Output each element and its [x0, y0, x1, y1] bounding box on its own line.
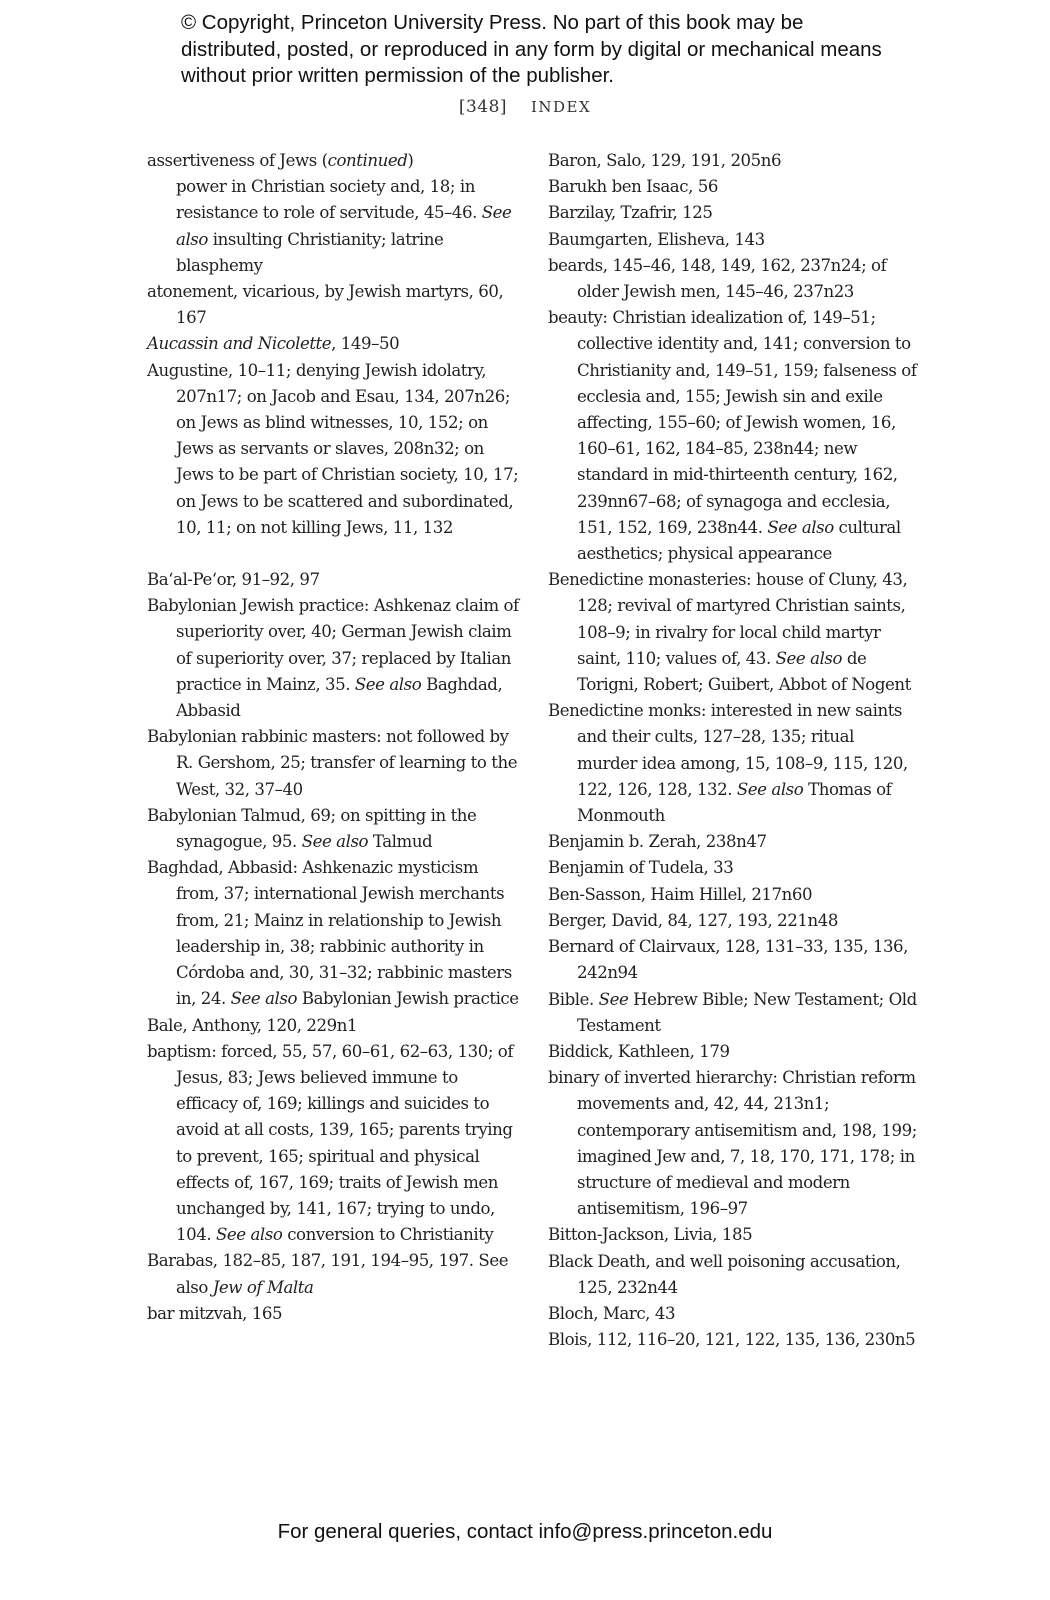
index-entry: Baumgarten, Elisheva, 143	[548, 227, 918, 253]
index-entry: Bloch, Marc, 43	[548, 1301, 918, 1327]
index-entry: Babylonian Jewish practice: Ashkenaz cla…	[147, 593, 519, 724]
text-run: assertiveness of Jews (	[147, 151, 328, 170]
text-run: Baumgarten, Elisheva, 143	[548, 230, 765, 249]
index-entry: assertiveness of Jews (continued)	[147, 148, 519, 174]
text-run: insulting Christianity; latrine blasphem…	[176, 230, 443, 275]
index-entry: Benedictine monasteries: house of Cluny,…	[548, 567, 918, 698]
text-run: beauty: Christian idealization of, 149–5…	[548, 308, 917, 537]
text-run: Biddick, Kathleen, 179	[548, 1042, 730, 1061]
text-run: atonement, vicarious, by Jewish martyrs,…	[147, 282, 503, 327]
text-run: binary of inverted hierarchy: Christian …	[548, 1068, 917, 1218]
index-entry: Ba‘al-Pe‘or, 91–92, 97	[147, 567, 519, 593]
index-entry: Baghdad, Abbasid: Ashkenazic mysticism f…	[147, 855, 519, 1012]
text-run: Hebrew Bible; New Testament; Old Testame…	[577, 990, 917, 1035]
running-head: [348] INDEX	[0, 97, 1050, 117]
index-entry: Barukh ben Isaac, 56	[548, 174, 918, 200]
index-entry: Aucassin and Nicolette, 149–50	[147, 331, 519, 357]
italic-run: Jew of Malta	[213, 1278, 314, 1297]
index-entry: Black Death, and well poisoning accusati…	[548, 1249, 918, 1301]
text-run: Blois, 112, 116–20, 121, 122, 135, 136, …	[548, 1330, 915, 1349]
index-entry: Augustine, 10–11; denying Jewish idolatr…	[147, 358, 519, 541]
italic-run: See also	[216, 1225, 282, 1244]
index-entry: Babylonian Talmud, 69; on spitting in th…	[147, 803, 519, 855]
text-run: Baghdad, Abbasid: Ashkenazic mysticism f…	[147, 858, 512, 1008]
index-entry: atonement, vicarious, by Jewish martyrs,…	[147, 279, 519, 331]
text-run: beards, 145–46, 148, 149, 162, 237n24; o…	[548, 256, 886, 301]
index-entry: Blois, 112, 116–20, 121, 122, 135, 136, …	[548, 1327, 918, 1353]
index-column-left: assertiveness of Jews (continued)power i…	[147, 148, 519, 1327]
index-entry: bar mitzvah, 165	[147, 1301, 519, 1327]
index-entry: Benjamin b. Zerah, 238n47	[548, 829, 918, 855]
text-run: Babylonian rabbinic masters: not followe…	[147, 727, 517, 798]
text-run: power in Christian society and, 18; in r…	[176, 177, 482, 222]
text-run: Benjamin b. Zerah, 238n47	[548, 832, 767, 851]
text-run: Bloch, Marc, 43	[548, 1304, 675, 1323]
italic-run: See also	[355, 675, 421, 694]
text-run: )	[407, 151, 413, 170]
text-run: Augustine, 10–11; denying Jewish idolatr…	[147, 361, 518, 537]
italic-run: continued	[328, 151, 408, 170]
italic-run: See also	[776, 649, 842, 668]
index-entry: Bitton-Jackson, Livia, 185	[548, 1222, 918, 1248]
index-entry: power in Christian society and, 18; in r…	[147, 174, 519, 279]
text-run: , 149–50	[331, 334, 399, 353]
index-entry: Benedictine monks: interested in new sai…	[548, 698, 918, 829]
text-run: Barabas, 182–85, 187, 191, 194–95, 197. …	[147, 1251, 508, 1296]
text-run: conversion to Christianity	[282, 1225, 493, 1244]
index-entry: Berger, David, 84, 127, 193, 221n48	[548, 908, 918, 934]
text-run: Barzilay, Tzafrir, 125	[548, 203, 713, 222]
italic-run: Aucassin and Nicolette	[147, 334, 331, 353]
index-entry: Benjamin of Tudela, 33	[548, 855, 918, 881]
text-run: Baron, Salo, 129, 191, 205n6	[548, 151, 781, 170]
index-entry: beards, 145–46, 148, 149, 162, 237n24; o…	[548, 253, 918, 305]
text-run: baptism: forced, 55, 57, 60–61, 62–63, 1…	[147, 1042, 513, 1244]
italic-run: See	[599, 990, 629, 1009]
text-run: bar mitzvah, 165	[147, 1304, 282, 1323]
index-entry: Barabas, 182–85, 187, 191, 194–95, 197. …	[147, 1248, 519, 1300]
copyright-notice: © Copyright, Princeton University Press.…	[181, 10, 901, 90]
index-entry: Biddick, Kathleen, 179	[548, 1039, 918, 1065]
text-run: Black Death, and well poisoning accusati…	[548, 1252, 901, 1297]
text-run: Ben-Sasson, Haim Hillel, 217n60	[548, 885, 812, 904]
italic-run: See also	[302, 832, 368, 851]
index-entry: Bernard of Clairvaux, 128, 131–33, 135, …	[548, 934, 918, 986]
text-run: Bale, Anthony, 120, 229n1	[147, 1016, 357, 1035]
index-entry: Baron, Salo, 129, 191, 205n6	[548, 148, 918, 174]
index-entry: Bale, Anthony, 120, 229n1	[147, 1013, 519, 1039]
index-entry: Barzilay, Tzafrir, 125	[548, 200, 918, 226]
text-run: Ba‘al-Pe‘or, 91–92, 97	[147, 570, 320, 589]
italic-run: See also	[767, 518, 833, 537]
text-run: Babylonian Jewish practice	[297, 989, 519, 1008]
italic-run: See also	[737, 780, 803, 799]
page-number: [348]	[459, 97, 507, 117]
index-entry: baptism: forced, 55, 57, 60–61, 62–63, 1…	[147, 1039, 519, 1249]
text-run: Berger, David, 84, 127, 193, 221n48	[548, 911, 838, 930]
text-run: Benjamin of Tudela, 33	[548, 858, 733, 877]
index-entry: beauty: Christian idealization of, 149–5…	[548, 305, 918, 567]
index-entry: binary of inverted hierarchy: Christian …	[548, 1065, 918, 1222]
section-title: INDEX	[531, 98, 591, 116]
text-run: Talmud	[368, 832, 432, 851]
text-run: Barukh ben Isaac, 56	[548, 177, 718, 196]
index-entry: Bible. See Hebrew Bible; New Testament; …	[548, 987, 918, 1039]
italic-run: See also	[231, 989, 297, 1008]
index-column-right: Baron, Salo, 129, 191, 205n6Barukh ben I…	[548, 148, 918, 1353]
footer-contact: For general queries, contact info@press.…	[0, 1520, 1050, 1544]
text-run: Bitton-Jackson, Livia, 185	[548, 1225, 752, 1244]
text-run: Bernard of Clairvaux, 128, 131–33, 135, …	[548, 937, 908, 982]
text-run: Bible.	[548, 990, 599, 1009]
index-entry: Babylonian rabbinic masters: not followe…	[147, 724, 519, 803]
index-entry: Ben-Sasson, Haim Hillel, 217n60	[548, 882, 918, 908]
